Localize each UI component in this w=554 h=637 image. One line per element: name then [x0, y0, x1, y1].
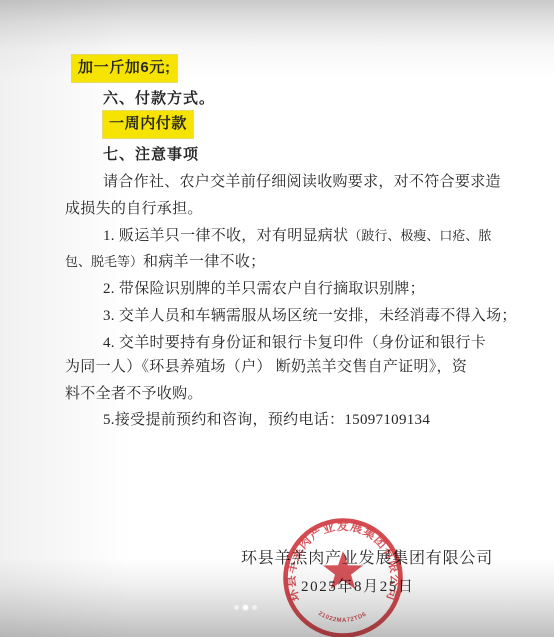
item-2: 2. 带保险识别牌的羊只需农户自行摘取识别牌； — [103, 279, 425, 299]
item-4-line-3: 料不全者不予收购。 — [65, 384, 203, 404]
carousel-dot-3[interactable] — [252, 605, 257, 610]
item-1-normal-text: 1. 贩运羊只一律不收，对有明显病状 — [103, 228, 348, 244]
highlight-text-payment: 一周内付款 — [103, 111, 193, 138]
carousel-dot-1[interactable] — [234, 605, 239, 610]
document-photo: 加一斤加6元; 六、付款方式。 一周内付款 七、注意事项 请合作社、农户交羊前仔… — [0, 0, 554, 637]
item-1-line-2: 包、脱毛等）和病羊一律不收； — [65, 252, 265, 272]
item-1-normal-text-2: 和病羊一律不收； — [143, 254, 265, 270]
section-6-heading: 六、付款方式。 — [103, 89, 215, 109]
highlight-line-payment: 一周内付款 — [103, 111, 193, 138]
company-seal: 环县羊羔肉产业发展集团有限公司 91621022MA72TD6S8Y — [281, 516, 405, 637]
intro-line-1: 请合作社、农户交羊前仔细阅读收购要求，对不符合要求造 — [103, 172, 501, 192]
highlight-line-price: 加一斤加6元; — [72, 55, 177, 82]
item-3: 3. 交羊人员和车辆需服从场区统一安排，未经消毒不得入场； — [103, 306, 517, 326]
star-icon — [323, 551, 363, 589]
item-4-line-2: 为同一人）《环县养殖场（户） 断奶羔羊交售自产证明》，资 — [65, 357, 467, 377]
intro-line-2: 成损失的自行承担。 — [65, 199, 203, 219]
item-1-line-1: 1. 贩运羊只一律不收，对有明显病状（跛行、极瘦、口疮、脓 — [103, 226, 491, 246]
item-1-small-text-2: 包、脱毛等） — [65, 254, 143, 269]
item-4-line-1: 4. 交羊时要持有身份证和银行卡复印件（身份证和银行卡 — [103, 333, 486, 353]
highlight-text-price: 加一斤加6元; — [72, 55, 177, 82]
item-5-phone-line: 5.接受提前预约和咨询，预约电话：15097109134 — [103, 410, 430, 430]
item-1-small-text: （跛行、极瘦、口疮、脓 — [348, 228, 491, 243]
carousel-dot-2-active[interactable] — [243, 605, 248, 610]
section-7-heading: 七、注意事项 — [103, 145, 199, 165]
carousel-pagination — [234, 605, 257, 610]
